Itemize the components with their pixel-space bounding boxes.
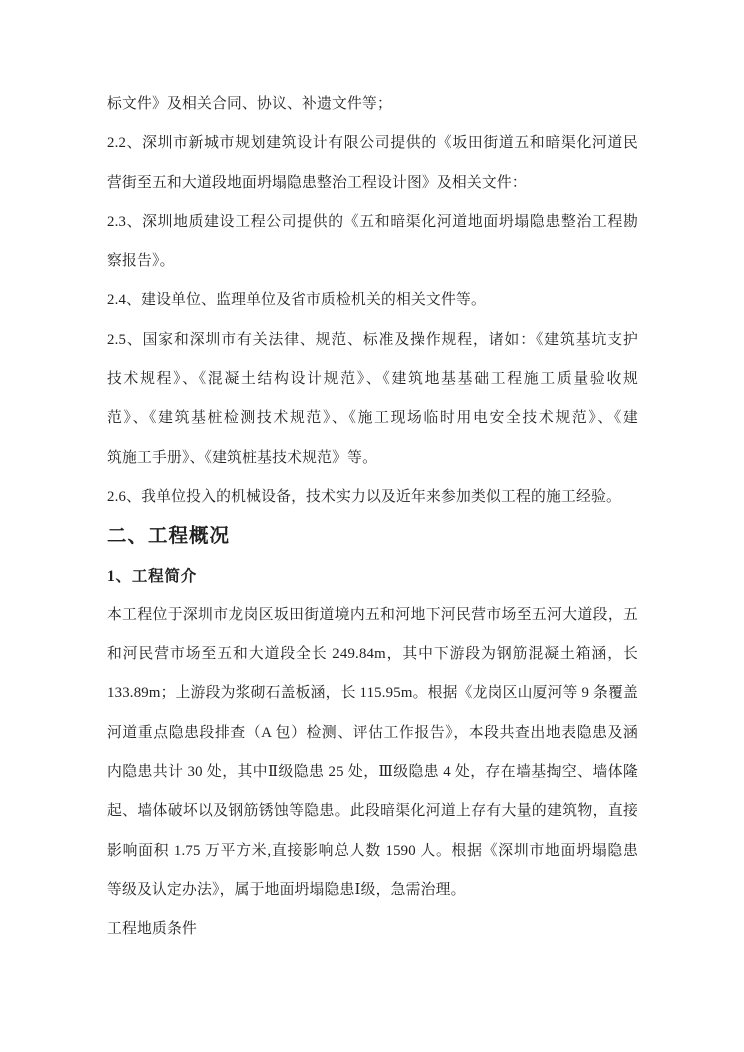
paragraph-line: 133.89m；上游段为浆砌石盖板涵，长 115.95m。根据《龙岗区山厦河等 … — [107, 674, 638, 713]
paragraph-line: 筑施工手册》、《建筑桩基技术规范》等。 — [107, 439, 638, 478]
paragraph-line: 等级及认定办法》，属于地面坍塌隐患Ⅰ级，急需治理。 — [107, 871, 638, 910]
paragraph-line: 范》、《建筑基桩检测技术规范》、《施工现场临时用电安全技术规范》、《建 — [107, 399, 638, 438]
section-heading: 二、工程概况 — [107, 517, 638, 556]
paragraph-line: 本工程位于深圳市龙岗区坂田街道境内五和河地下河民营市场至五河大道段，五 — [107, 596, 638, 635]
subsection-heading: 1、工程简介 — [107, 557, 638, 596]
document-page: 标文件》及相关合同、协议、补遗文件等； 2.2、深圳市新城市规划建筑设计有限公司… — [0, 0, 744, 1052]
paragraph-line: 2.6、我单位投入的机械设备，技术实力以及近年来参加类似工程的施工经验。 — [107, 478, 638, 517]
paragraph-line: 营街至五和大道段地面坍塌隐患整治工程设计图》及相关文件： — [107, 164, 638, 203]
document-body: 标文件》及相关合同、协议、补遗文件等； 2.2、深圳市新城市规划建筑设计有限公司… — [107, 85, 638, 950]
paragraph-line: 2.3、深圳地质建设工程公司提供的《五和暗渠化河道地面坍塌隐患整治工程勘 — [107, 203, 638, 242]
paragraph-line: 工程地质条件 — [107, 910, 638, 949]
paragraph-line: 技术规程》、《混凝土结构设计规范》、《建筑地基基础工程施工质量验收规 — [107, 360, 638, 399]
paragraph-line: 内隐患共计 30 处，其中Ⅱ级隐患 25 处，Ⅲ级隐患 4 处，存在墙基掏空、墙… — [107, 753, 638, 792]
paragraph-line: 察报告》。 — [107, 242, 638, 281]
paragraph-line: 起、墙体破坏以及钢筋锈蚀等隐患。此段暗渠化河道上存有大量的建筑物，直接 — [107, 792, 638, 831]
paragraph-line: 影响面积 1.75 万平方米,直接影响总人数 1590 人。根据《深圳市地面坍塌… — [107, 832, 638, 871]
paragraph-line: 标文件》及相关合同、协议、补遗文件等； — [107, 85, 638, 124]
paragraph-line: 河道重点隐患段排查（A 包）检测、评估工作报告》，本段共查出地表隐患及涵 — [107, 714, 638, 753]
paragraph-line: 2.4、建设单位、监理单位及省市质检机关的相关文件等。 — [107, 281, 638, 320]
paragraph-line: 2.2、深圳市新城市规划建筑设计有限公司提供的《坂田街道五和暗渠化河道民 — [107, 124, 638, 163]
paragraph-line: 2.5、国家和深圳市有关法律、规范、标准及操作规程，诸如：《建筑基坑支护 — [107, 321, 638, 360]
paragraph-line: 和河民营市场至五和大道段全长 249.84m，其中下游段为钢筋混凝土箱涵，长 — [107, 635, 638, 674]
